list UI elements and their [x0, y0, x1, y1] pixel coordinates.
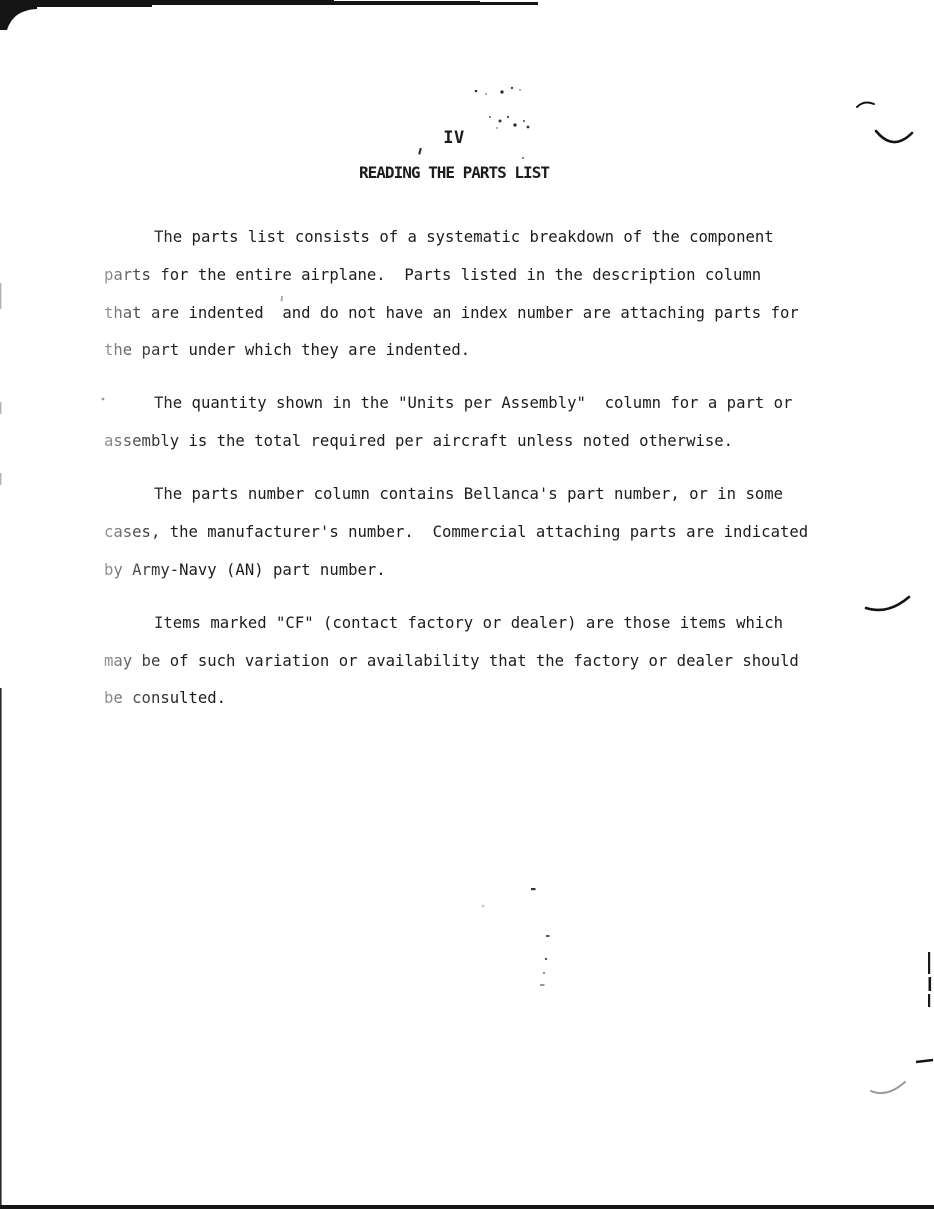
- scan-artifact-right-edge-line: [928, 952, 931, 1007]
- page-title: READING THE PARTS LIST: [104, 163, 838, 182]
- scan-artifact-left-edge-faint: [0, 283, 1, 485]
- scan-artifact-curl-arc: [876, 131, 912, 142]
- text-line: by Army-Navy (AN) part number.: [104, 552, 810, 590]
- section-number: IV: [104, 128, 838, 148]
- scan-artifact-speckles-title: [418, 87, 529, 159]
- text-line: parts for the entire airplane. Parts lis…: [104, 257, 810, 295]
- body-text: The parts list consists of a systematic …: [104, 219, 810, 718]
- scan-artifact-curl-swoosh: [866, 597, 909, 610]
- scan-artifact-corner-blob: [0, 0, 37, 30]
- text-line: cases, the manufacturer's number. Commer…: [104, 514, 810, 552]
- text-line: The quantity shown in the "Units per Ass…: [104, 385, 810, 423]
- paragraph: The parts list consists of a systematic …: [104, 219, 810, 370]
- scan-artifact-curl-swoosh-faint: [871, 1082, 905, 1093]
- text-line: that are indented and do not have an ind…: [104, 295, 810, 333]
- text-line: The parts number column contains Bellanc…: [104, 476, 810, 514]
- text-line: Items marked "CF" (contact factory or de…: [104, 605, 810, 643]
- text-line: the part under which they are indented.: [104, 332, 810, 370]
- text-line: be consulted.: [104, 680, 810, 718]
- document-page: IV READING THE PARTS LIST The parts list…: [0, 0, 934, 1209]
- text-line: The parts list consists of a systematic …: [104, 219, 810, 257]
- scan-artifact-top-strip: [0, 0, 538, 7]
- paragraph: The quantity shown in the "Units per Ass…: [104, 385, 810, 461]
- scan-artifact-left-edge-line: [0, 688, 2, 1209]
- text-line: may be of such variation or availability…: [104, 643, 810, 681]
- paragraph: Items marked "CF" (contact factory or de…: [104, 605, 810, 718]
- scan-artifact-bottom-strip: [0, 1205, 934, 1209]
- scan-artifact-curl-squiggle: [857, 103, 874, 107]
- text-line: assembly is the total required per aircr…: [104, 423, 810, 461]
- scan-artifact-speckles-lower: [482, 888, 550, 986]
- paragraph: The parts number column contains Bellanc…: [104, 476, 810, 589]
- scan-artifact-right-dash: [916, 1060, 933, 1062]
